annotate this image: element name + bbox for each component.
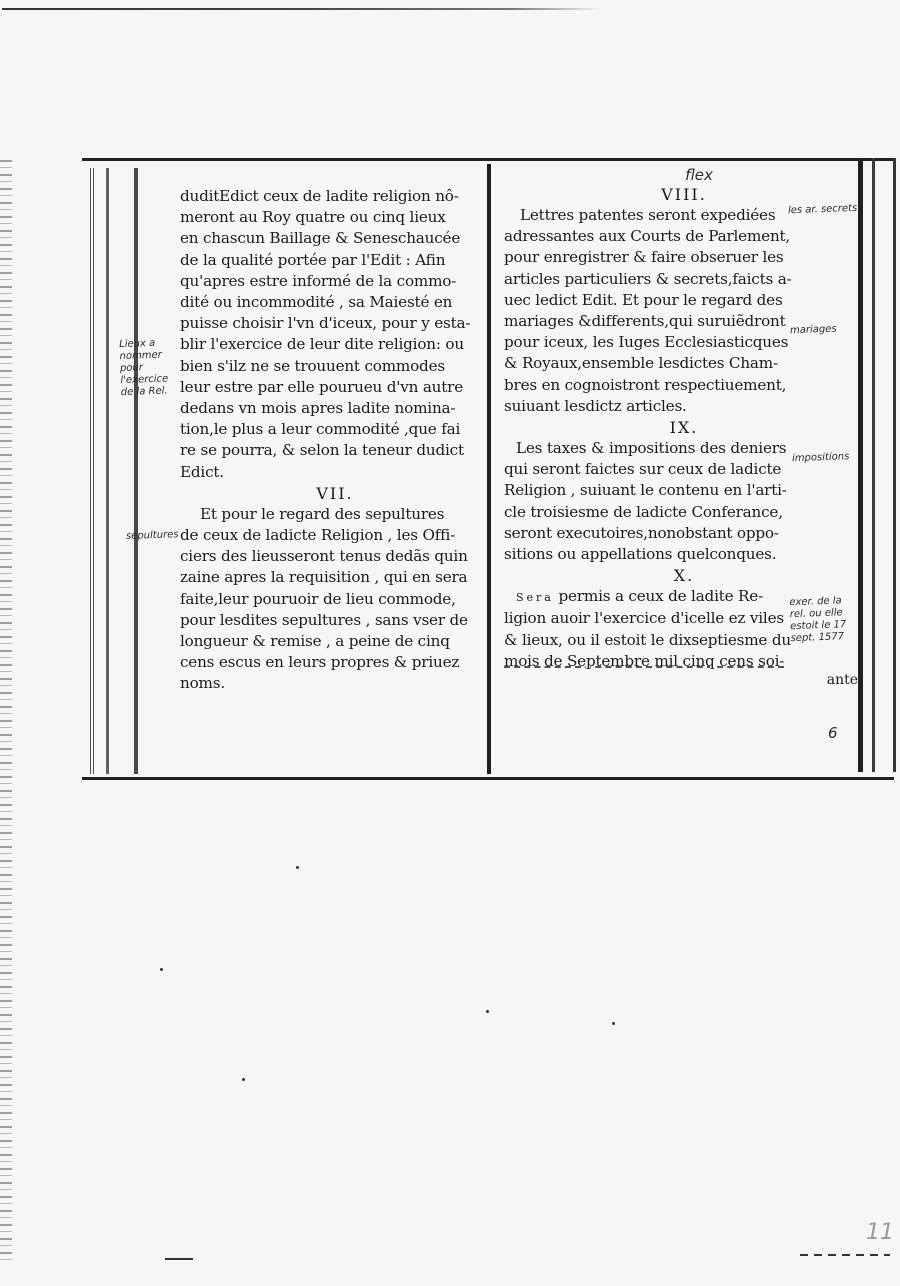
- margin-note-mariages: mariages: [790, 323, 860, 337]
- text-line: articles particuliers & secrets,faicts a…: [504, 269, 864, 290]
- margin-note-sepultures: sepultures: [126, 529, 182, 543]
- text-line: en chascun Baillage & Seneschaucée: [180, 228, 490, 249]
- text-line: tion,le plus a leur commodité ,que fai: [180, 419, 490, 440]
- margin-note-impositions: impositions: [792, 451, 860, 465]
- text-line: re se pourra, & selon la teneur dudict: [180, 440, 490, 461]
- text-line: longueur & remise , a peine de cinq: [180, 631, 490, 652]
- text-line: ciers des lieusseront tenus dedãs quin: [180, 546, 490, 567]
- text-line: & Royaux,ensemble lesdictes Cham-: [504, 353, 864, 374]
- text-line: Et pour le regard des sepultures: [180, 504, 490, 525]
- margin-note-lieux: Lieux a nommer pour l'exercice de la Rel…: [119, 337, 183, 399]
- text-line: de ceux de ladicte Religion , les Offi-: [180, 525, 490, 546]
- handwritten-header: flex: [504, 166, 864, 184]
- scan-mark: [165, 1258, 193, 1260]
- text-line: de la qualité portée par l'Edit : Afin: [180, 250, 490, 271]
- text-line: qu'apres estre informé de la commo-: [180, 271, 490, 292]
- article-heading-viii: VIII.: [504, 184, 864, 205]
- scan-speck: [242, 1078, 245, 1081]
- scan-speck: [486, 1010, 489, 1013]
- text-line: bien s'ilz ne se trouuent commodes: [180, 356, 490, 377]
- text-line: noms.: [180, 673, 490, 694]
- text-line: sitions ou appellations quelconques.: [504, 544, 864, 565]
- article-heading-x: X.: [504, 565, 864, 586]
- scan-speck: [296, 866, 299, 869]
- left-page-edges: [90, 168, 138, 774]
- text-line: cle troisiesme de ladicte Conferance,: [504, 502, 864, 523]
- text-line: Edict.: [180, 462, 490, 483]
- text-line: meront au Roy quatre ou cinq lieux: [180, 207, 490, 228]
- text-line: dité ou incommodité , sa Maiesté en: [180, 292, 490, 313]
- small-caps-opening-word: Sera: [516, 591, 554, 604]
- article-heading-ix: IX.: [504, 417, 864, 438]
- text-line: suiuant lesdictz articles.: [504, 396, 864, 417]
- page-top-rule: [2, 8, 602, 10]
- article-heading-vii: VII.: [180, 483, 490, 504]
- text-line: pour lesdites sepultures , sans vser de: [180, 610, 490, 631]
- text-span: permis a ceux de ladite Re-: [554, 587, 763, 605]
- scan-mark: [800, 1254, 890, 1256]
- text-line: pour enregistrer & faire obseruer les: [504, 247, 864, 268]
- text-line: zaine apres la requisition , qui en sera: [180, 567, 490, 588]
- folio-number: 11: [866, 1220, 894, 1245]
- margin-note-exercice-1577: exer. de la rel. ou elle estoit le 17 se…: [789, 595, 857, 645]
- photocopied-book-spread: duditEdict ceux de ladite religion nô- m…: [82, 158, 896, 778]
- text-line: blir l'exercice de leur dite religion: o…: [180, 334, 490, 355]
- text-line: puisse choisir l'vn d'iceux, pour y esta…: [180, 313, 490, 334]
- page-number: 6: [828, 724, 838, 742]
- text-line: seront executoires,nonobstant oppo-: [504, 523, 864, 544]
- scan-edge-speckle: [0, 160, 12, 1260]
- text-line: cens escus en leurs propres & priuez: [180, 652, 490, 673]
- scan-speck: [160, 968, 163, 971]
- left-page: duditEdict ceux de ladite religion nô- m…: [180, 186, 490, 695]
- scan-speck: [612, 1022, 615, 1025]
- text-line: mois de Septembre mil cinq cens soi-: [504, 651, 864, 672]
- text-line: dedans vn mois apres ladite nomina-: [180, 398, 490, 419]
- text-line: uec ledict Edit. Et pour le regard des: [504, 290, 864, 311]
- text-line: bres en cognoistront respectiuement,: [504, 375, 864, 396]
- text-line: Religion , suiuant le contenu en l'arti-: [504, 480, 864, 501]
- text-line: adressantes aux Courts de Parlement,: [504, 226, 864, 247]
- text-line: duditEdict ceux de ladite religion nô-: [180, 186, 490, 207]
- text-line: faite,leur pouruoir de lieu commode,: [180, 589, 490, 610]
- text-line: leur estre par elle pourueu d'vn autre: [180, 377, 490, 398]
- catchword: ante: [504, 672, 864, 688]
- margin-note-articles-secrets: les ar. secrets: [788, 203, 858, 217]
